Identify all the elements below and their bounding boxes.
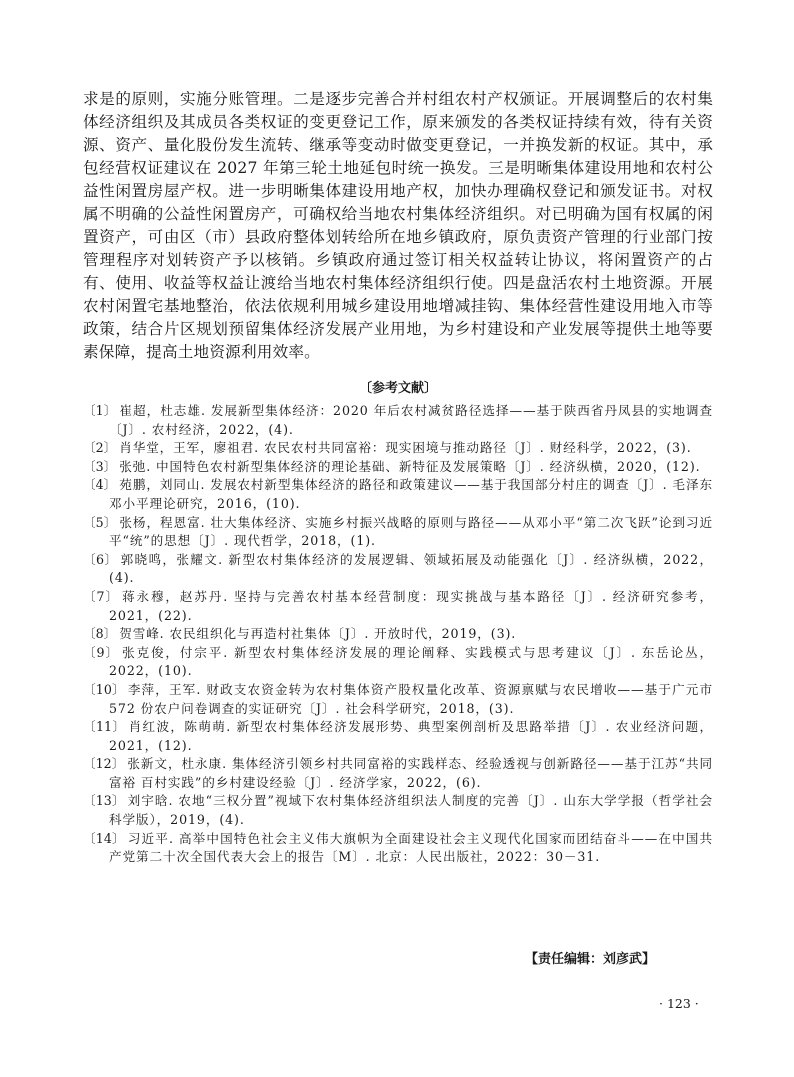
reference-text: 肖华堂，王军，廖祖君. 农民农村共同富裕：现实困境与推动路径〔J〕. 财经科学，…: [119, 440, 691, 455]
reference-number: 〔11〕: [83, 719, 126, 734]
reference-number: 〔14〕: [83, 831, 125, 846]
reference-text: 张弛. 中国特色农村新型集体经济的理论基础、新特征及发展策略〔J〕. 经济纵横，…: [119, 459, 700, 474]
reference-item: 〔13〕刘宇晗. 农地“三权分置”视域下农村集体经济组织法人制度的完善〔J〕. …: [83, 792, 713, 829]
body-paragraph: 求是的原则，实施分账管理。二是逐步完善合并村组农村产权颁证。开展调整后的农村集体…: [83, 88, 713, 364]
reference-text: 苑鹏，刘同山. 发展农村新型集体经济的路径和政策建议——基于我国部分村庄的调查〔…: [109, 477, 713, 511]
reference-text: 刘宇晗. 农地“三权分置”视域下农村集体经济组织法人制度的完善〔J〕. 山东大学…: [109, 793, 713, 827]
references-list: 〔1〕崔超，杜志雄. 发展新型集体经济：2020 年后农村减贫路径选择——基于陕…: [83, 402, 713, 867]
reference-item: 〔4〕苑鹏，刘同山. 发展农村新型集体经济的路径和政策建议——基于我国部分村庄的…: [83, 476, 713, 513]
reference-text: 肖红波，陈萌萌. 新型农村集体经济发展形势、典型案例剖析及思路举措〔J〕. 农业…: [109, 719, 713, 753]
reference-number: 〔5〕: [83, 515, 116, 530]
reference-number: 〔3〕: [83, 459, 116, 474]
reference-text: 蒋永穆，赵苏丹. 坚持与完善农村基本经营制度：现实挑战与基本路径〔J〕. 经济研…: [109, 589, 713, 623]
reference-text: 张克俊，付宗平. 新型农村集体经济发展的理论阐释、实践模式与思考建议〔J〕. 东…: [109, 645, 713, 679]
reference-item: 〔6〕郭晓鸣，张耀文. 新型农村集体经济的发展逻辑、领域拓展及动能强化〔J〕. …: [83, 551, 713, 588]
reference-text: 张新文，杜永康. 集体经济引领乡村共同富裕的实践样态、经验透视与创新路径——基于…: [109, 756, 713, 790]
reference-text: 郭晓鸣，张耀文. 新型农村集体经济的发展逻辑、领域拓展及动能强化〔J〕. 经济纵…: [109, 552, 713, 586]
reference-item: 〔2〕肖华堂，王军，廖祖君. 农民农村共同富裕：现实困境与推动路径〔J〕. 财经…: [83, 439, 713, 458]
reference-text: 习近平. 高举中国特色社会主义伟大旗帜为全面建设社会主义现代化国家而团结奋斗——…: [109, 831, 713, 865]
reference-item: 〔12〕张新文，杜永康. 集体经济引领乡村共同富裕的实践样态、经验透视与创新路径…: [83, 755, 713, 792]
reference-number: 〔1〕: [83, 403, 116, 418]
reference-text: 李萍，王军. 财政支农资金转为农村集体资产股权量化改革、资源禀赋与农民增收——基…: [109, 682, 713, 716]
reference-number: 〔8〕: [83, 626, 116, 641]
reference-number: 〔4〕: [83, 477, 116, 492]
reference-item: 〔9〕张克俊，付宗平. 新型农村集体经济发展的理论阐释、实践模式与思考建议〔J〕…: [83, 644, 713, 681]
reference-text: 崔超，杜志雄. 发展新型集体经济：2020 年后农村减贫路径选择——基于陕西省丹…: [109, 403, 713, 437]
reference-item: 〔11〕肖红波，陈萌萌. 新型农村集体经济发展形势、典型案例剖析及思路举措〔J〕…: [83, 718, 713, 755]
reference-item: 〔3〕张弛. 中国特色农村新型集体经济的理论基础、新特征及发展策略〔J〕. 经济…: [83, 458, 713, 477]
reference-number: 〔10〕: [83, 682, 125, 697]
reference-number: 〔12〕: [83, 756, 124, 771]
responsible-editor: 【责任编辑：刘彦武】: [525, 948, 655, 967]
reference-number: 〔6〕: [83, 552, 118, 567]
reference-item: 〔10〕李萍，王军. 财政支农资金转为农村集体资产股权量化改革、资源禀赋与农民增…: [83, 681, 713, 718]
reference-text: 贺雪峰. 农民组织化与再造村社集体〔J〕. 开放时代，2019，(3).: [119, 626, 516, 641]
reference-item: 〔7〕蒋永穆，赵苏丹. 坚持与完善农村基本经营制度：现实挑战与基本路径〔J〕. …: [83, 588, 713, 625]
reference-text: 张杨，程恩富. 壮大集体经济、实施乡村振兴战略的原则与路径——从邓小平“第二次飞…: [109, 515, 713, 549]
reference-item: 〔1〕崔超，杜志雄. 发展新型集体经济：2020 年后农村减贫路径选择——基于陕…: [83, 402, 713, 439]
reference-number: 〔13〕: [83, 793, 125, 808]
references-heading: 〔参考文献〕: [83, 379, 713, 399]
reference-number: 〔9〕: [83, 645, 119, 660]
reference-item: 〔8〕贺雪峰. 农民组织化与再造村社集体〔J〕. 开放时代，2019，(3).: [83, 625, 713, 644]
reference-number: 〔2〕: [83, 440, 116, 455]
reference-item: 〔14〕习近平. 高举中国特色社会主义伟大旗帜为全面建设社会主义现代化国家而团结…: [83, 830, 713, 867]
reference-item: 〔5〕张杨，程恩富. 壮大集体经济、实施乡村振兴战略的原则与路径——从邓小平“第…: [83, 514, 713, 551]
reference-number: 〔7〕: [83, 589, 119, 604]
page-number: · 123 ·: [659, 996, 699, 1011]
page-content: 求是的原则，实施分账管理。二是逐步完善合并村组农村产权颁证。开展调整后的农村集体…: [83, 88, 713, 867]
